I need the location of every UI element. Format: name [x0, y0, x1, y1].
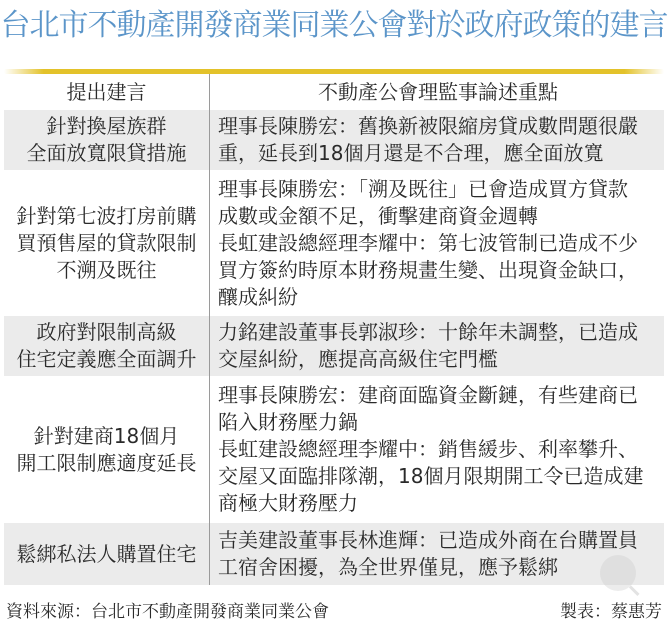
comment-line: 重，延長到18個月還是不合理，應全面放寬 [218, 140, 658, 167]
table-header-row: 提出建言 不動產公會理監事論述重點 [4, 74, 664, 110]
comment-line: 商極大財務壓力 [218, 490, 658, 517]
comment-line: 吉美建設董事長林進輝：已造成外商在台購置員 [218, 527, 658, 554]
table-row: 針對換屋族群 全面放寬限貸措施 理事長陳勝宏：舊換新被限縮房貸成數問題很嚴 重，… [4, 110, 664, 170]
comments-cell: 理事長陳勝宏：「溯及既往」已會造成買方貸款 成數或金額不足，衝擊建商資金週轉 長… [210, 173, 664, 313]
comment-line: 理事長陳勝宏：舊換新被限縮房貸成數問題很嚴 [218, 113, 658, 140]
proposal-line: 針對第七波打房前購 [17, 203, 197, 230]
proposal-line: 鬆綁私法人購置住宅 [17, 541, 197, 568]
proposal-cell: 政府對限制高級 住宅定義應全面調升 [4, 316, 210, 376]
comment-line: 理事長陳勝宏：建商面臨資金斷鏈，有些建商已 [218, 382, 658, 409]
proposal-cell: 針對建商18個月 開工限制應適度延長 [4, 379, 210, 520]
proposals-table: 提出建言 不動產公會理監事論述重點 針對換屋族群 全面放寬限貸措施 理事長陳勝宏… [4, 74, 664, 585]
proposal-line: 全面放寬限貸措施 [27, 140, 187, 167]
footer: 資料來源：台北市不動產開發商業同業公會 製表：蔡惠芳 [6, 600, 662, 624]
table-row: 政府對限制高級 住宅定義應全面調升 力銘建設董事長郭淑珍：十餘年未調整，已造成 … [4, 316, 664, 376]
comment-line: 力銘建設董事長郭淑珍：十餘年未調整，已造成 [218, 319, 658, 346]
table-row: 針對第七波打房前購 買預售屋的貸款限制 不溯及既往 理事長陳勝宏：「溯及既往」已… [4, 173, 664, 313]
comment-line: 成數或金額不足，衝擊建商資金週轉 [218, 203, 658, 230]
comment-line: 理事長陳勝宏：「溯及既往」已會造成買方貸款 [218, 176, 658, 203]
table-row: 鬆綁私法人購置住宅 吉美建設董事長林進輝：已造成外商在台購置員 工宿舍困擾，為全… [4, 523, 664, 585]
source-note: 資料來源：台北市不動產開發商業同業公會 [6, 600, 329, 624]
comments-cell: 力銘建設董事長郭淑珍：十餘年未調整，已造成 交屋糾紛，應提高高級住宅門檻 [210, 316, 664, 376]
comment-line: 長虹建設總經理李耀中：銷售緩步、利率攀升、 [218, 436, 658, 463]
proposal-cell: 針對換屋族群 全面放寬限貸措施 [4, 110, 210, 170]
proposal-line: 針對換屋族群 [27, 113, 187, 140]
proposal-cell: 針對第七波打房前購 買預售屋的貸款限制 不溯及既往 [4, 173, 210, 313]
comments-cell: 理事長陳勝宏：建商面臨資金斷鏈，有些建商已 陷入財務壓力鍋 長虹建設總經理李耀中… [210, 379, 664, 520]
table-row: 針對建商18個月 開工限制應適度延長 理事長陳勝宏：建商面臨資金斷鏈，有些建商已… [4, 379, 664, 520]
header-proposal: 提出建言 [4, 74, 210, 110]
proposal-line: 住宅定義應全面調升 [17, 346, 197, 373]
proposal-line: 買預售屋的貸款限制 [17, 230, 197, 257]
proposal-line: 針對建商18個月 [17, 423, 197, 450]
comments-cell: 吉美建設董事長林進輝：已造成外商在台購置員 工宿舍困擾，為全世界僅見，應予鬆綁 [210, 523, 664, 585]
page-title: 台北市不動產開發商業同業公會對於政府政策的建言 [0, 6, 668, 46]
credit-note: 製表：蔡惠芳 [560, 600, 662, 624]
comment-line: 交屋又面臨排隊潮，18個月限期開工令已造成建 [218, 463, 658, 490]
comment-line: 交屋糾紛，應提高高級住宅門檻 [218, 346, 658, 373]
proposal-line: 開工限制應適度延長 [17, 450, 197, 477]
comments-cell: 理事長陳勝宏：舊換新被限縮房貸成數問題很嚴 重，延長到18個月還是不合理，應全面… [210, 110, 664, 170]
comment-line: 釀成糾紛 [218, 284, 658, 311]
comment-line: 陷入財務壓力鍋 [218, 409, 658, 436]
comment-line: 買方簽約時原本財務規畫生變、出現資金缺口， [218, 257, 658, 284]
comment-line: 工宿舍困擾，為全世界僅見，應予鬆綁 [218, 554, 658, 581]
magnifier-watermark-icon [600, 555, 636, 591]
comment-line: 長虹建設總經理李耀中：第七波管制已造成不少 [218, 230, 658, 257]
proposal-line: 政府對限制高級 [17, 319, 197, 346]
header-comments: 不動產公會理監事論述重點 [210, 74, 664, 110]
proposal-line: 不溯及既往 [17, 257, 197, 284]
proposal-cell: 鬆綁私法人購置住宅 [4, 523, 210, 585]
